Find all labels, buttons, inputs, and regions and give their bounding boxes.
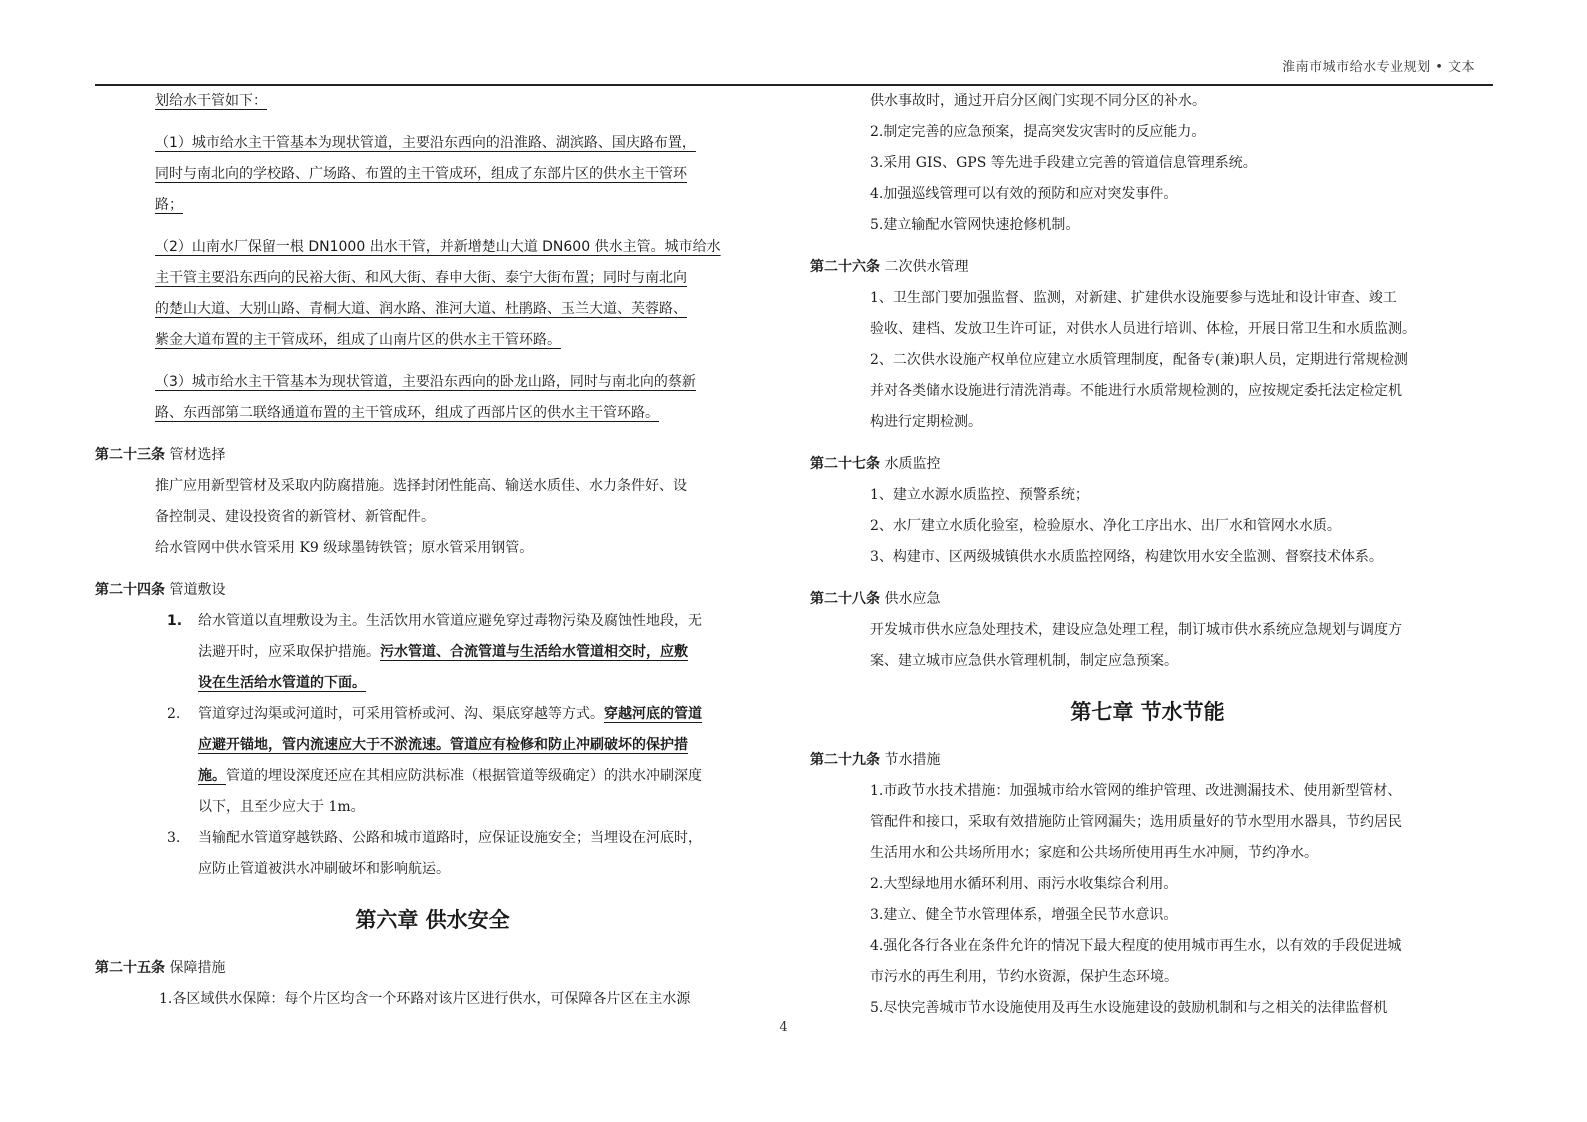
article-title: 管材选择 (169, 447, 225, 463)
body-line: 1.市政节水技术措施：加强城市给水管网的维护管理、改进测漏技术、使用新型管材、 (810, 776, 1485, 807)
document-header-title: 淮南市城市给水专业规划 • 文本 (1282, 56, 1475, 75)
body-line: 构进行定期检测。 (810, 407, 1485, 438)
list-text: 给水管道以直埋敷设为主。生活饮用水管道应避免穿过毒物污染及腐蚀性地段，无 (198, 613, 702, 629)
body-line: 供水事故时，通过开启分区阀门实现不同分区的补水。 (810, 86, 1485, 117)
article-number: 第二十九条 (810, 752, 880, 768)
body-line: 市污水的再生利用，节约水资源，保护生态环境。 (810, 962, 1485, 993)
article-title: 水质监控 (884, 456, 940, 472)
emphasis-text: 污水管道、合流管道与生活给水管道相交时，应敷 (380, 644, 688, 660)
article-28-heading: 第二十八条 供水应急 (810, 584, 1485, 615)
paragraph-1-line: （1）城市给水主干管基本为现状管道，主要沿东西向的沿淮路、湖滨路、国庆路布置， (95, 128, 770, 159)
chapter-6-title: 第六章 供水安全 (95, 905, 770, 935)
list-item-2-cont: 应避开锚地，管内流速应大于不淤流速。管道应有检修和防止冲刷破坏的保护措 (95, 730, 770, 761)
article-25-heading: 第二十五条 保障措施 (95, 953, 770, 984)
list-number: 2. (167, 699, 180, 730)
body-line: 推广应用新型管材及采取内防腐措施。选择封闭性能高、输送水质佳、水力条件好、设 (95, 471, 770, 502)
article-number: 第二十三条 (95, 447, 165, 463)
article-title: 二次供水管理 (884, 259, 968, 275)
list-item-2: 2. 管道穿过沟渠或河道时，可采用管桥或河、沟、渠底穿越等方式。穿越河底的管道 (95, 699, 770, 730)
emphasis-text: 应避开锚地，管内流速应大于不淤流速。管道应有检修和防止冲刷破坏的保护措 (198, 737, 688, 753)
paragraph-2-line: 的楚山大道、大别山路、青桐大道、润水路、淮河大道、杜鹃路、玉兰大道、芙蓉路、 (95, 294, 770, 325)
article-title: 管道敷设 (169, 582, 225, 598)
body-line: 1、卫生部门要加强监督、监测，对新建、扩建供水设施要参与选址和设计审查、竣工 (810, 283, 1485, 314)
article-27-heading: 第二十七条 水质监控 (810, 449, 1485, 480)
list-text: 法避开时，应采取保护措施。 (198, 644, 380, 660)
body-line: 给水管网中供水管采用 K9 级球墨铸铁管；原水管采用钢管。 (95, 533, 770, 564)
article-number: 第二十八条 (810, 591, 880, 607)
list-item-1: 1. 给水管道以直埋敷设为主。生活饮用水管道应避免穿过毒物污染及腐蚀性地段，无 (95, 606, 770, 637)
list-text: 管道的埋设深度还应在其相应防洪标准（根据管道等级确定）的洪水冲刷深度 (226, 768, 702, 784)
list-item-3: 3. 当输配水管道穿越铁路、公路和城市道路时，应保证设施安全；当埋设在河底时， (95, 823, 770, 854)
article-number: 第二十六条 (810, 259, 880, 275)
article-title: 节水措施 (884, 752, 940, 768)
article-title: 保障措施 (169, 960, 225, 976)
emphasis-text: 穿越河底的管道 (604, 706, 702, 722)
intro-line: 划给水干管如下： (95, 86, 770, 117)
paragraph-1-line: 路； (95, 190, 770, 221)
body-line: 4.强化各行各业在条件允许的情况下最大程度的使用城市再生水，以有效的手段促进城 (810, 931, 1485, 962)
article-29-heading: 第二十九条 节水措施 (810, 745, 1485, 776)
emphasis-text: 设在生活给水管道的下面。 (198, 675, 366, 691)
body-line: 2、二次供水设施产权单位应建立水质管理制度，配备专(兼)职人员，定期进行常规检测 (810, 345, 1485, 376)
body-line: 开发城市供水应急处理技术，建设应急处理工程，制订城市供水系统应急规划与调度方 (810, 615, 1485, 646)
list-item-2-cont: 以下，且至少应大于 1m。 (95, 792, 770, 823)
body-line: 2.制定完善的应急预案，提高突发灾害时的反应能力。 (810, 117, 1485, 148)
article-23-heading: 第二十三条 管材选择 (95, 440, 770, 471)
list-item-1-cont: 设在生活给水管道的下面。 (95, 668, 770, 699)
paragraph-2-line: 紫金大道布置的主干管成环，组成了山南片区的供水主干管环路。 (95, 325, 770, 356)
body-line: 并对各类储水设施进行清洗消毒。不能进行水质常规检测的，应按规定委托法定检定机 (810, 376, 1485, 407)
chapter-7-title: 第七章 节水节能 (810, 697, 1485, 727)
body-line: 1.各区域供水保障：每个片区均含一个环路对该片区进行供水，可保障各片区在主水源 (95, 984, 770, 1015)
body-line: 3.建立、健全节水管理体系，增强全民节水意识。 (810, 900, 1485, 931)
list-text: 管道穿过沟渠或河道时，可采用管桥或河、沟、渠底穿越等方式。 (198, 706, 604, 722)
paragraph-2-line: 主干管主要沿东西向的民裕大街、和风大街、春申大街、泰宁大街布置；同时与南北向 (95, 263, 770, 294)
article-title: 供水应急 (884, 591, 940, 607)
body-line: 2.大型绿地用水循环利用、雨污水收集综合利用。 (810, 869, 1485, 900)
list-number: 1. (167, 606, 182, 637)
paragraph-1-line: 同时与南北向的学校路、广场路、布置的主干管成环，组成了东部片区的供水主干管环 (95, 159, 770, 190)
article-number: 第二十五条 (95, 960, 165, 976)
body-line: 管配件和接口，采取有效措施防止管网漏失；选用质量好的节水型用水器具，节约居民 (810, 807, 1485, 838)
article-24-heading: 第二十四条 管道敷设 (95, 575, 770, 606)
paragraph-2-line: （2）山南水厂保留一根 DN1000 出水干管，并新增楚山大道 DN600 供水… (95, 232, 770, 263)
right-column: 供水事故时，通过开启分区阀门实现不同分区的补水。 2.制定完善的应急预案，提高突… (810, 86, 1485, 1024)
emphasis-text: 施。 (198, 768, 226, 784)
left-column: 划给水干管如下： （1）城市给水主干管基本为现状管道，主要沿东西向的沿淮路、湖滨… (95, 86, 770, 1015)
list-item-1-cont: 法避开时，应采取保护措施。污水管道、合流管道与生活给水管道相交时，应敷 (95, 637, 770, 668)
body-line: 备控制灵、建设投资省的新管材、新管配件。 (95, 502, 770, 533)
body-line: 1、建立水源水质监控、预警系统； (810, 480, 1485, 511)
body-line: 案、建立城市应急供水管理机制，制定应急预案。 (810, 646, 1485, 677)
list-item-3-cont: 应防止管道被洪水冲刷破坏和影响航运。 (95, 854, 770, 885)
article-number: 第二十四条 (95, 582, 165, 598)
body-line: 验收、建档、发放卫生许可证，对供水人员进行培训、体检，开展日常卫生和水质监测。 (810, 314, 1485, 345)
body-line: 3、构建市、区两级城镇供水水质监控网络，构建饮用水安全监测、督察技术体系。 (810, 542, 1485, 573)
article-number: 第二十七条 (810, 456, 880, 472)
paragraph-3-line: 路、东西部第二联络通道布置的主干管成环，组成了西部片区的供水主干管环路。 (95, 398, 770, 429)
list-item-2-cont: 施。管道的埋设深度还应在其相应防洪标准（根据管道等级确定）的洪水冲刷深度 (95, 761, 770, 792)
body-line: 4.加强巡线管理可以有效的预防和应对突发事件。 (810, 179, 1485, 210)
body-line: 生活用水和公共场所用水；家庭和公共场所使用再生水冲厕，节约净水。 (810, 838, 1485, 869)
body-line: 2、水厂建立水质化验室，检验原水、净化工序出水、出厂水和管网水水质。 (810, 511, 1485, 542)
list-number: 3. (167, 823, 180, 854)
body-line: 3.采用 GIS、GPS 等先进手段建立完善的管道信息管理系统。 (810, 148, 1485, 179)
article-26-heading: 第二十六条 二次供水管理 (810, 252, 1485, 283)
list-text: 当输配水管道穿越铁路、公路和城市道路时，应保证设施安全；当埋设在河底时， (198, 830, 702, 846)
page-number: 4 (0, 1020, 1567, 1035)
paragraph-3-line: （3）城市给水主干管基本为现状管道，主要沿东西向的卧龙山路，同时与南北向的蔡新 (95, 367, 770, 398)
body-line: 5.建立输配水管网快速抢修机制。 (810, 210, 1485, 241)
